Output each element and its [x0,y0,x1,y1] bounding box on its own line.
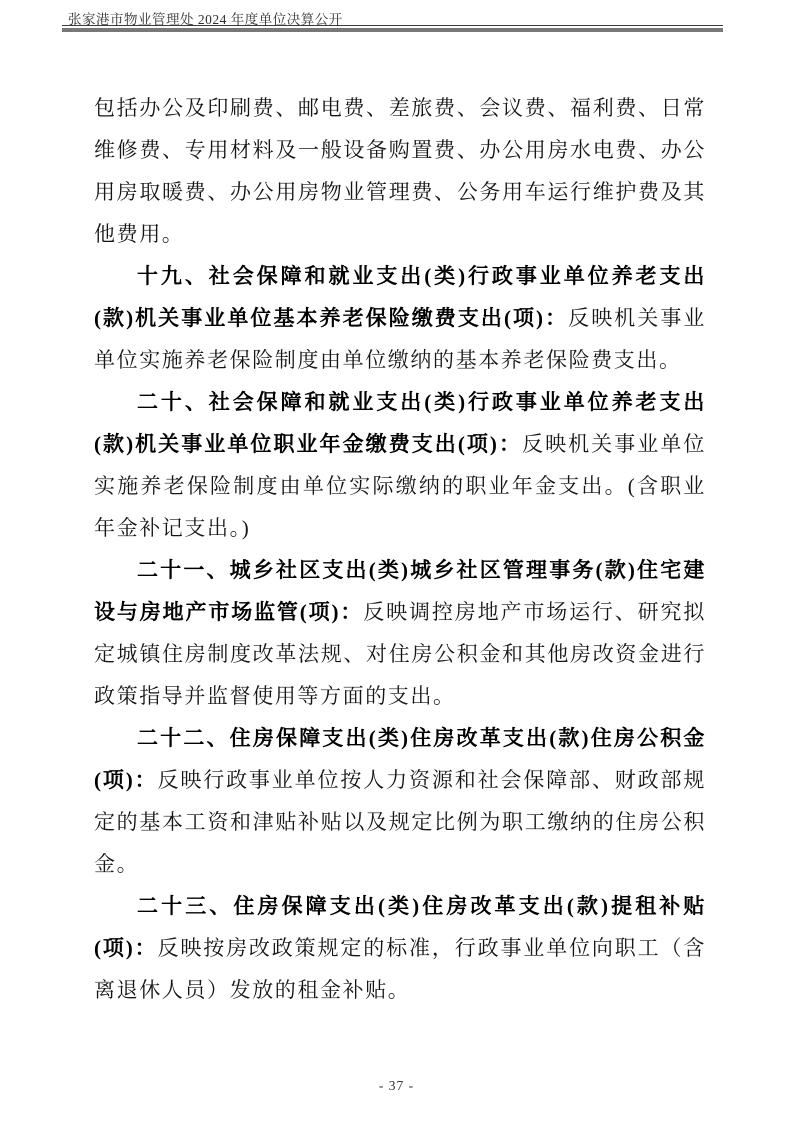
page-footer: - 37 - [0,1078,793,1094]
document-body: 包括办公及印刷费、邮电费、差旅费、会议费、福利费、日常维修费、专用材料及一般设备… [94,87,706,1011]
paragraph-3: 二十、社会保障和就业支出(类)行政事业单位养老支出(款)机关事业单位职业年金缴费… [94,381,706,549]
paragraph-1-text: 包括办公及印刷费、邮电费、差旅费、会议费、福利费、日常维修费、专用材料及一般设备… [94,96,706,246]
paragraph-4: 二十一、城乡社区支出(类)城乡社区管理事务(款)住宅建设与房地产市场监管(项)：… [94,549,706,717]
paragraph-5: 二十二、住房保障支出(类)住房改革支出(款)住房公积金(项)：反映行政事业单位按… [94,717,706,885]
paragraph-1: 包括办公及印刷费、邮电费、差旅费、会议费、福利费、日常维修费、专用材料及一般设备… [94,87,706,255]
paragraph-6: 二十三、住房保障支出(类)住房改革支出(款)提租补贴(项)：反映按房改政策规定的… [94,885,706,1011]
paragraph-6-text: 反映按房改政策规定的标准，行政事业单位向职工（含离退休人员）发放的租金补贴。 [94,936,706,1002]
header-rule-thick [62,28,723,32]
page-number: - 37 - [379,1078,414,1093]
document-page: 张家港市物业管理处 2024 年度单位决算公开 包括办公及印刷费、邮电费、差旅费… [0,0,793,1122]
paragraph-5-text: 反映行政事业单位按人力资源和社会保障部、财政部规定的基本工资和津贴补贴以及规定比… [94,768,706,876]
header-rule-thin [62,25,723,26]
paragraph-2: 十九、社会保障和就业支出(类)行政事业单位养老支出(款)机关事业单位基本养老保险… [94,255,706,381]
